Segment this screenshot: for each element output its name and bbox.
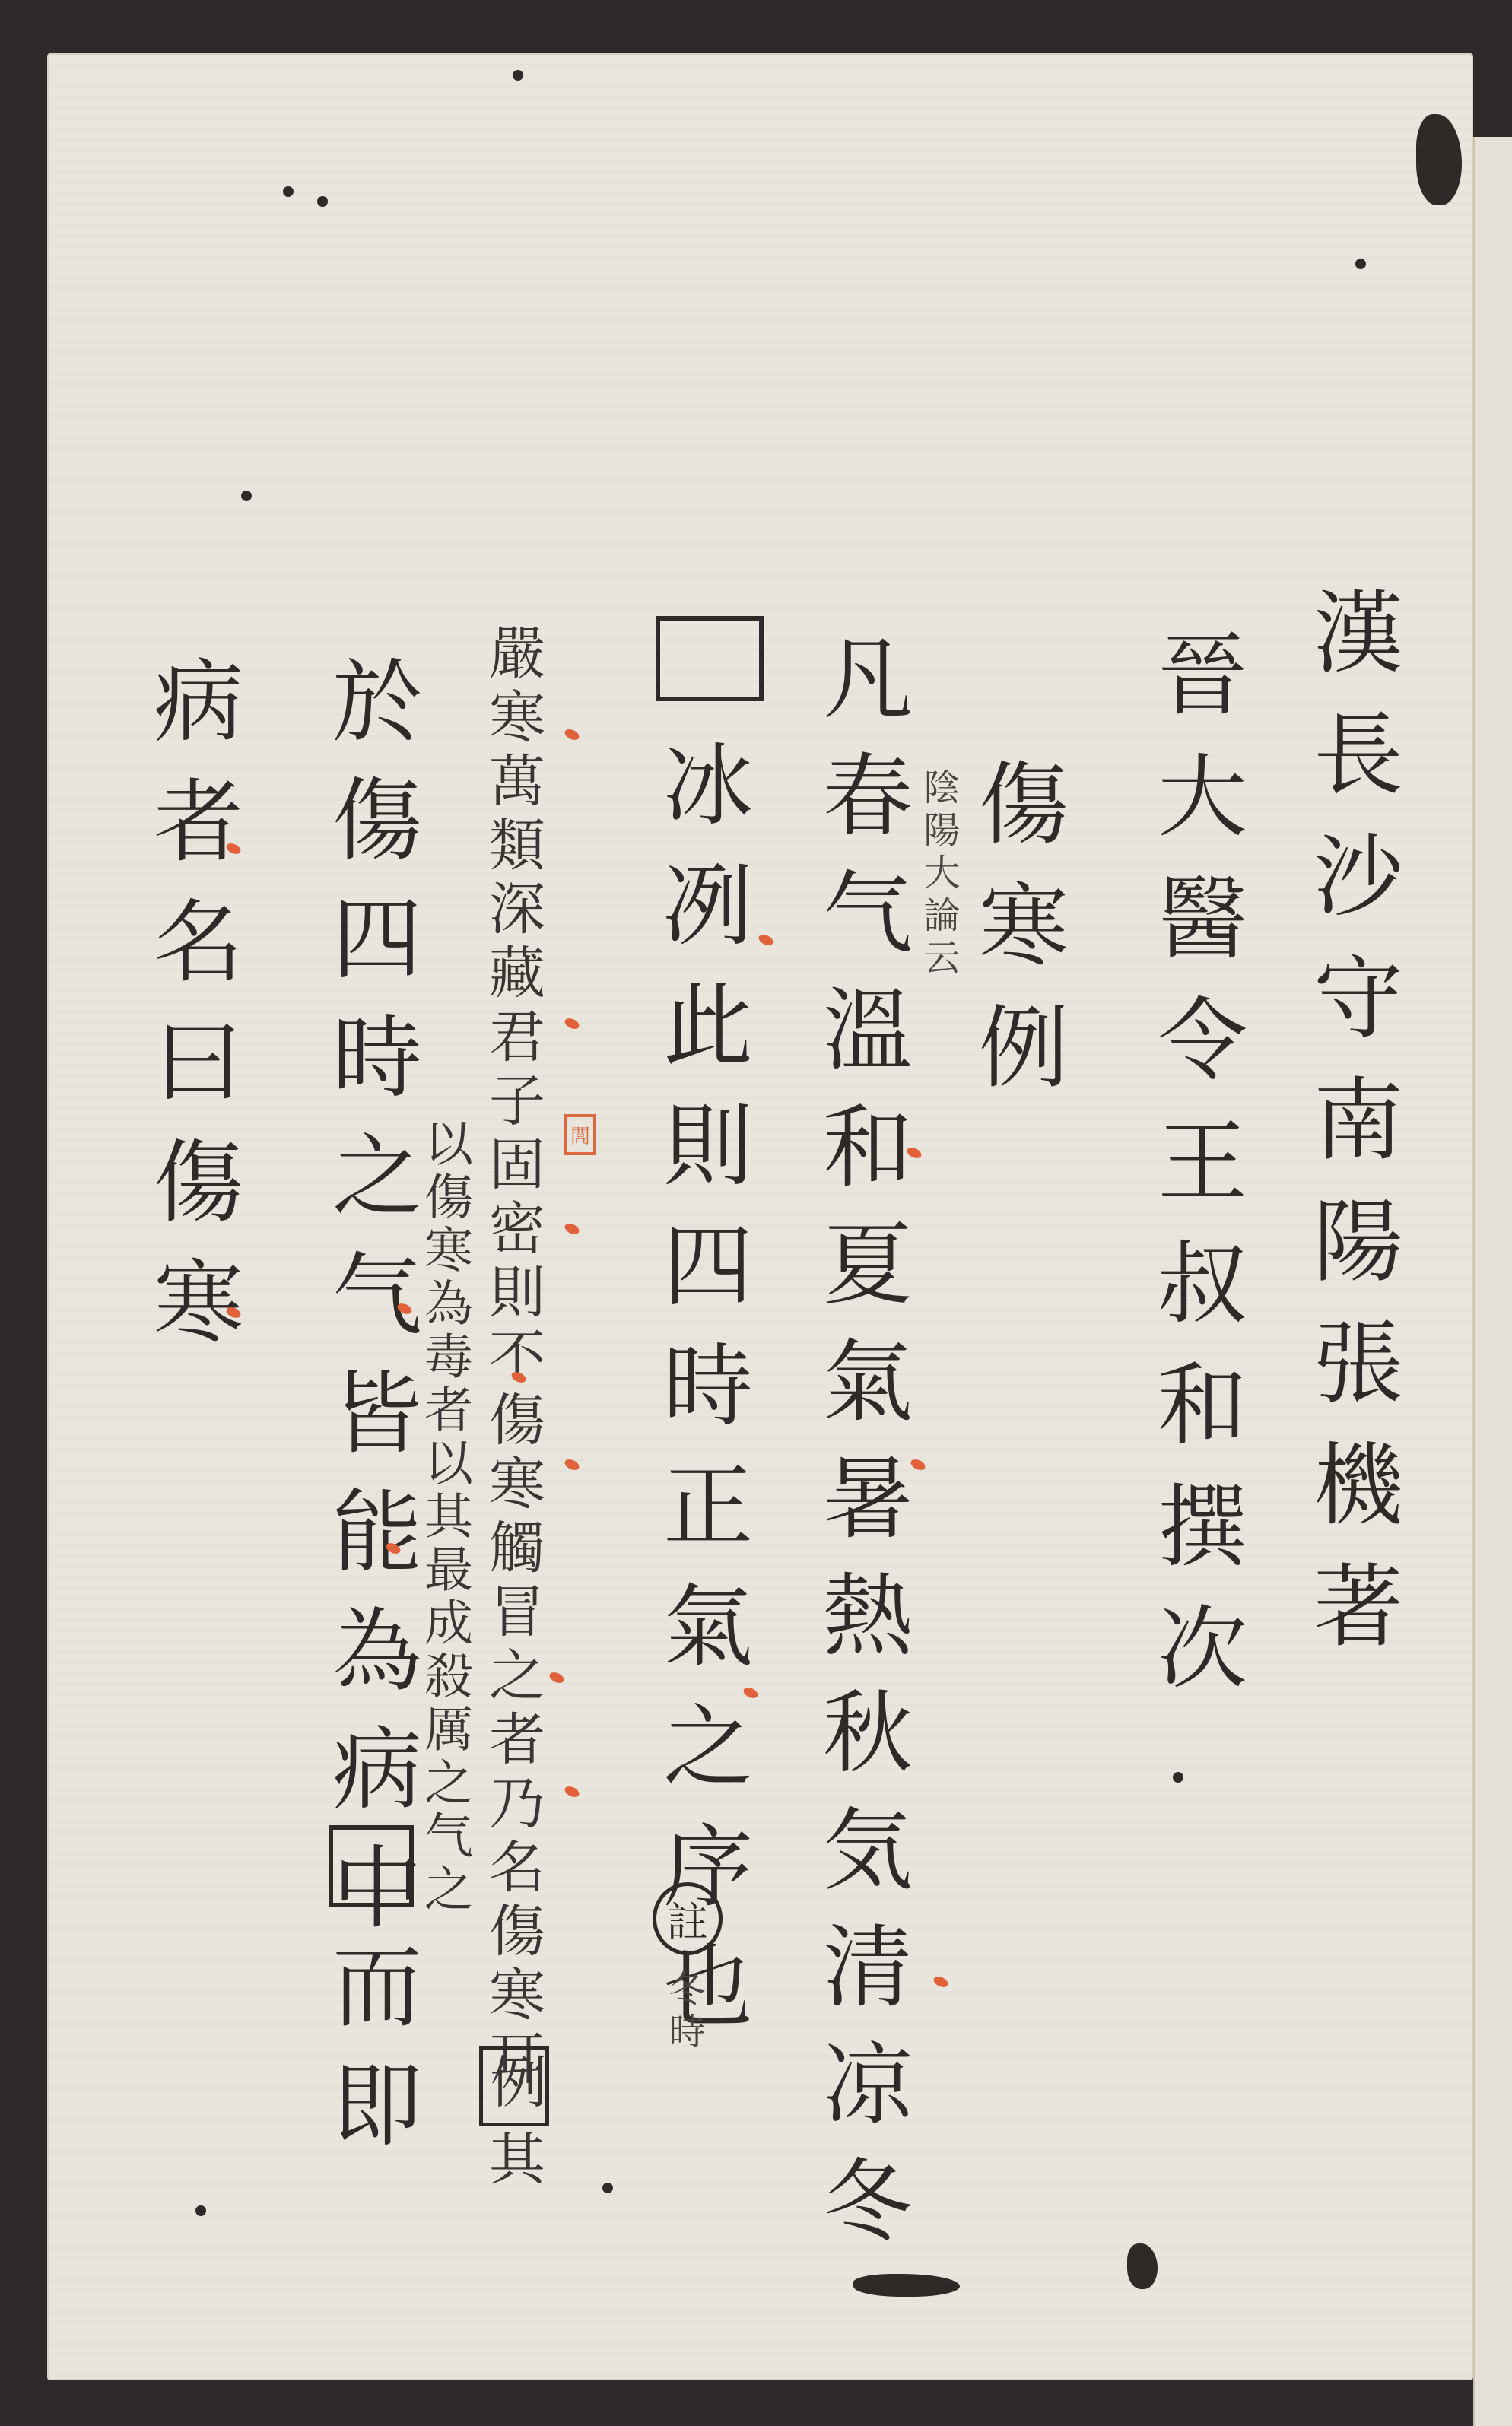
commentary-column-1: 嚴寒萬類深藏君子固密則不傷寒觸冒之者乃名傷寒耳 — [484, 624, 541, 2093]
annotation-text: 冬時 — [665, 1970, 702, 2055]
worm-damage — [1416, 114, 1462, 205]
commentary-column-2: 以傷寒為毒者以其最成殺厲之气之 — [420, 1118, 469, 1916]
red-punctuation-mark — [548, 1670, 565, 1685]
text-column-author: 漢長沙守南陽張機著 — [1306, 586, 1396, 1681]
text-column-editor: 晉大醫令王叔和撰次 — [1150, 627, 1240, 1723]
ink-spot — [195, 2205, 206, 2216]
manuscript-page: 漢長沙守南陽張機著 晉大醫令王叔和撰次 傷寒例 陰陽大論云 凡春气溫和夏氣暑熱秋… — [47, 53, 1473, 2380]
ink-spot — [602, 2183, 613, 2193]
ink-spot — [241, 491, 252, 501]
red-punctuation-mark — [563, 1221, 580, 1236]
ink-spot — [1173, 1772, 1183, 1783]
adjacent-page-edge — [1473, 0, 1512, 2426]
red-punctuation-mark — [757, 932, 774, 947]
text-column-ice: 冰冽此則四時正氣之序也 — [656, 738, 745, 2059]
annotation-circle-mark: 註 — [653, 1882, 723, 1955]
source-note: 陰陽大論云 — [920, 768, 957, 981]
red-punctuation-mark — [563, 727, 580, 741]
red-punctuation-mark — [563, 1457, 580, 1472]
blank-box-marker — [656, 616, 764, 701]
blank-box-marker-2 — [329, 1825, 414, 1907]
commentary-tail: 其 — [484, 2129, 541, 2196]
red-punctuation-mark — [563, 1784, 580, 1799]
boxed-character: 例 — [479, 2046, 549, 2126]
ink-spot — [317, 196, 328, 207]
red-seal-mark: 閭 — [564, 1114, 596, 1155]
annotation-mark-label: 註 — [667, 1890, 708, 1948]
seal-label: 閭 — [570, 1121, 590, 1149]
chapter-title: 傷寒例 — [971, 757, 1061, 1122]
red-punctuation-mark — [932, 1974, 949, 1989]
worm-damage — [1127, 2243, 1158, 2289]
text-column-disease: 病者名曰傷寒 — [146, 654, 236, 1375]
ink-spot — [513, 70, 523, 81]
ink-spot — [1355, 259, 1366, 269]
red-punctuation-mark — [563, 1016, 580, 1030]
ink-spot — [283, 186, 294, 197]
text-column-seasons: 凡春气溫和夏氣暑熱秋気清凉冬 — [815, 631, 905, 2271]
worm-damage — [853, 2274, 960, 2297]
text-column-four-seasons-tail: 而即 — [325, 1939, 415, 2177]
